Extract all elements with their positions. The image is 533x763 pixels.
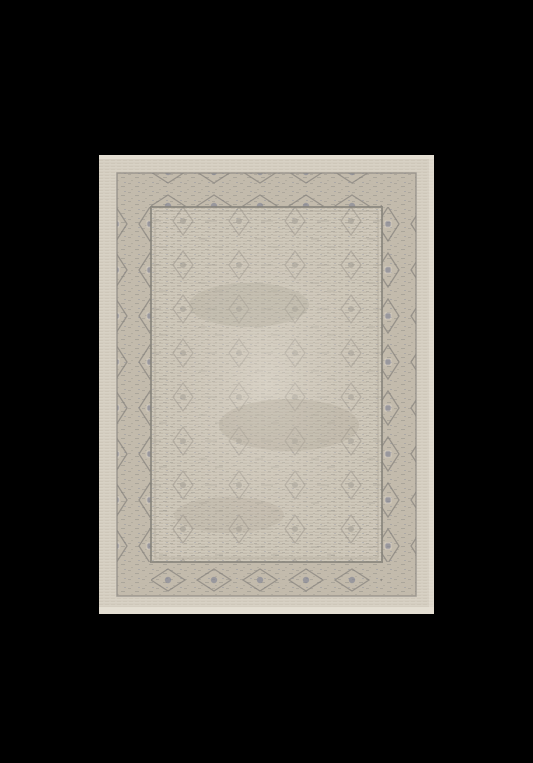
rug-pattern <box>99 155 434 614</box>
rug-image: Distressed vintage-style area rug, top-d… <box>99 155 434 614</box>
